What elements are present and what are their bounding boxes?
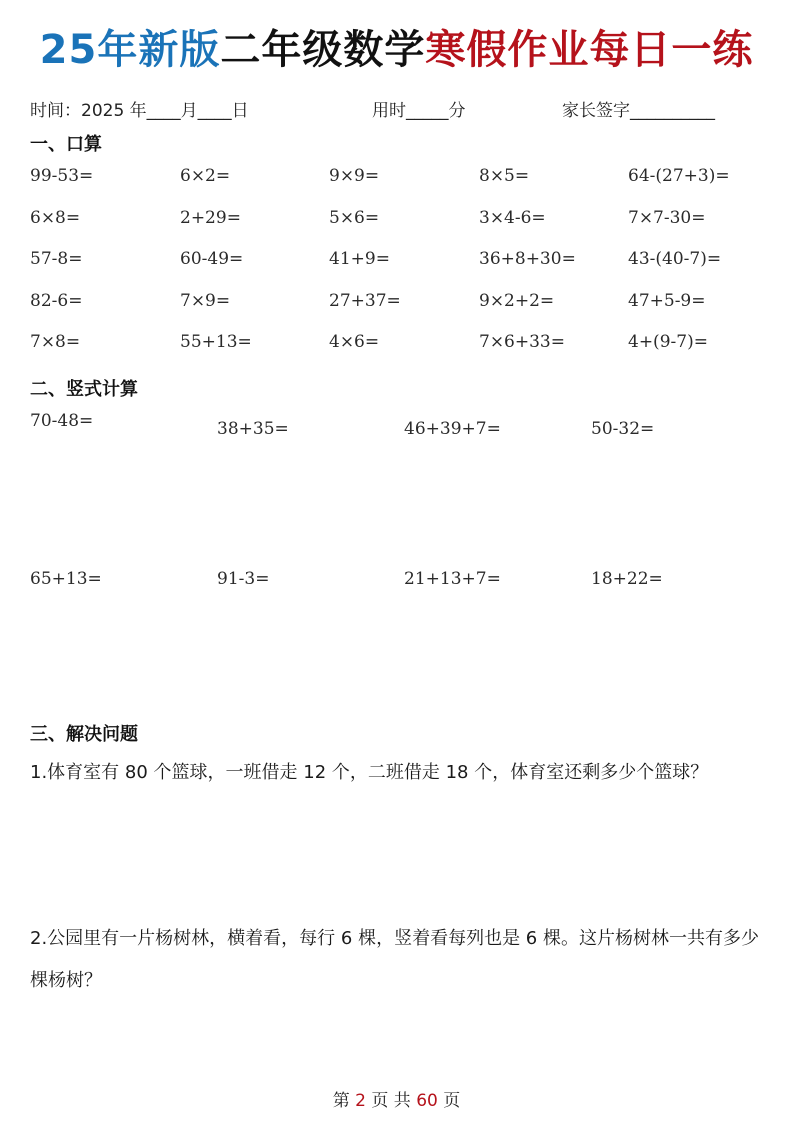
oral-item: 7×9= — [180, 291, 230, 311]
word-problem-1: 1.体育室有 80 个篮球，一班借走 12 个，二班借走 18 个，体育室还剩多… — [30, 752, 770, 794]
oral-item: 8×5= — [479, 166, 529, 186]
oral-item: 6×8= — [30, 208, 80, 228]
oral-item: 3×4-6= — [479, 208, 546, 228]
vertical-item: 46+39+7= — [404, 419, 501, 439]
vertical-item: 21+13+7= — [404, 569, 501, 589]
oral-item: 27+37= — [329, 291, 401, 311]
oral-row: 7×8= 55+13= 4×6= 7×6+33= 4+(9-7)= — [30, 332, 780, 374]
vertical-item: 38+35= — [217, 419, 289, 439]
oral-calculation-grid: 99-53= 6×2= 9×9= 8×5= 64-(27+3)= 6×8= 2+… — [30, 166, 780, 374]
vertical-item: 70-48= — [30, 411, 93, 431]
page-title: 25年新版二年级数学寒假作业每日一练 — [0, 22, 793, 78]
oral-row: 82-6= 7×9= 27+37= 9×2+2= 47+5-9= — [30, 291, 780, 333]
oral-item: 99-53= — [30, 166, 93, 186]
footer-middle: 页 共 — [371, 1091, 410, 1111]
time-used-field: 用时_____分 — [372, 96, 466, 121]
parent-signature-field: 家长签字__________ — [562, 96, 715, 121]
oral-item: 5×6= — [329, 208, 379, 228]
page-footer: 第 2 页 共 60 页 — [0, 1086, 793, 1111]
vertical-item: 18+22= — [591, 569, 663, 589]
oral-item: 7×6+33= — [479, 332, 565, 352]
current-page-number: 2 — [355, 1091, 366, 1111]
oral-item: 41+9= — [329, 249, 390, 269]
oral-item: 47+5-9= — [628, 291, 706, 311]
oral-item: 82-6= — [30, 291, 82, 311]
oral-item: 6×2= — [180, 166, 230, 186]
oral-item: 55+13= — [180, 332, 252, 352]
vertical-item: 65+13= — [30, 569, 102, 589]
oral-item: 60-49= — [180, 249, 243, 269]
section-heading-vertical: 二、竖式计算 — [30, 375, 138, 401]
oral-item: 9×9= — [329, 166, 379, 186]
oral-item: 36+8+30= — [479, 249, 576, 269]
oral-item: 4×6= — [329, 332, 379, 352]
oral-item: 7×8= — [30, 332, 80, 352]
oral-item: 9×2+2= — [479, 291, 554, 311]
vertical-item: 91-3= — [217, 569, 269, 589]
oral-item: 2+29= — [180, 208, 241, 228]
oral-item: 64-(27+3)= — [628, 166, 730, 186]
title-part-homework: 寒假作业每日一练 — [425, 27, 753, 73]
oral-row: 57-8= 60-49= 41+9= 36+8+30= 43-(40-7)= — [30, 249, 780, 291]
title-part-year: 25年新版 — [40, 27, 221, 73]
section-heading-problems: 三、解决问题 — [30, 720, 138, 746]
vertical-item: 50-32= — [591, 419, 654, 439]
oral-row: 6×8= 2+29= 5×6= 3×4-6= 7×7-30= — [30, 208, 780, 250]
oral-item: 7×7-30= — [628, 208, 706, 228]
date-field: 时间：2025 年____月____日 — [30, 96, 249, 121]
word-problem-2: 2.公园里有一片杨树林，横着看，每行 6 棵，竖着看每列也是 6 棵。这片杨树林… — [30, 918, 770, 1002]
oral-item: 4+(9-7)= — [628, 332, 708, 352]
section-heading-oral: 一、口算 — [30, 130, 102, 156]
total-pages-number: 60 — [416, 1091, 438, 1111]
oral-item: 43-(40-7)= — [628, 249, 721, 269]
footer-suffix: 页 — [443, 1091, 460, 1111]
title-part-grade: 二年级数学 — [220, 27, 425, 73]
oral-item: 57-8= — [30, 249, 82, 269]
oral-row: 99-53= 6×2= 9×9= 8×5= 64-(27+3)= — [30, 166, 780, 208]
footer-prefix: 第 — [333, 1091, 350, 1111]
